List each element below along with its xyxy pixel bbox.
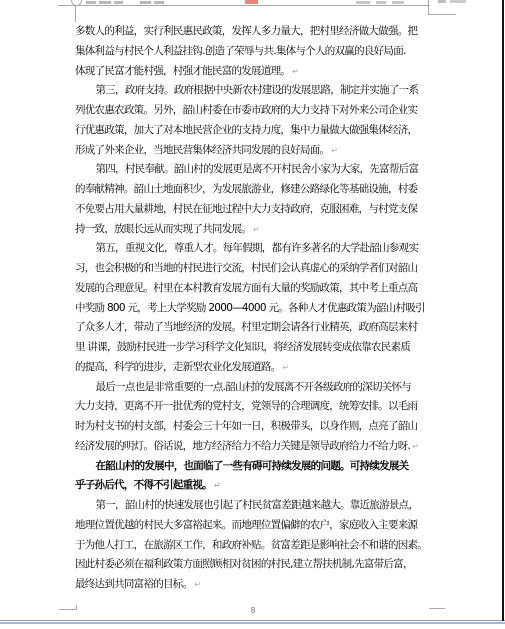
text-line[interactable]: 集体利益与村民个人利益挂钩.创造了荣辱与共.集体与个人的双赢的良好局面. — [75, 42, 433, 62]
text-line[interactable]: 形成了外来企业，当地民营集体经济共同发展的良好局面。↵ — [75, 141, 433, 161]
toolbar-fragment — [376, 1, 386, 4]
paragraph-mark: ↵ — [331, 146, 338, 155]
text-line[interactable]: 第三，政府支持。政府根据中央新农村建设的发展思路，制定并实施了一系 — [75, 81, 433, 101]
toolbar-fragment — [356, 1, 370, 4]
toolbar-fragment — [438, 0, 446, 3]
text-line[interactable]: 的奉献精神。韶山土地面积少，为发展旅游业，修建公路绿化等基础设施，村委 — [75, 180, 433, 200]
text-boundary-topright-mark — [428, 0, 429, 15]
text-line[interactable]: 于为他人打工，在旅游区工作，和政府补贴。贫富差距是影响社会不和谐的因素。 — [75, 536, 433, 556]
text-boundary-topright-mark — [428, 14, 456, 15]
text-line[interactable]: 体现了民富才能村强，村强才能民富的发展道理。↵ — [75, 62, 433, 82]
text-line[interactable]: 中奖励 800 元，考上大学奖励 2000—4000 元。各种人才优惠政策为韶山… — [75, 299, 433, 319]
toolbar-fragment — [140, 1, 151, 4]
text-line[interactable]: 地理位置优越的村民大多富裕起来。而地理位置偏僻的农户，家庭收入主要来源 — [75, 516, 433, 536]
toolbar-accent-fragment-icon — [245, 0, 258, 4]
text-boundary-topleft-mark — [75, 5, 76, 22]
text-line[interactable]: 里 讲课，鼓励村民进一步学习科学文化知识，将经济发展转变成依靠农民素质 — [75, 338, 433, 358]
paragraph-mark: ↵ — [253, 225, 260, 234]
toolbar-fragment — [86, 1, 96, 4]
text-line[interactable]: 多数人的利益，实行利民惠民政策，发挥人多力量大，把村里经济做大做强。把 — [75, 22, 433, 42]
text-line[interactable]: 持一致，放眼长远从而实现了共同发展。↵ — [75, 220, 433, 240]
paragraph-mark: ↵ — [214, 481, 221, 490]
text-line[interactable]: 经济发展的明灯。俗话说，地方经济给力不给力关键是领导政府给力不给力呀.↵ — [75, 437, 433, 457]
text-line[interactable]: 发展的合理意见。村里在本村教育发展方面有大量的奖励政策，其中考上重点高 — [75, 279, 433, 299]
window-right-border — [502, 0, 504, 621]
toolbar-fragment — [99, 1, 111, 4]
text-line[interactable]: 第五，重视文化，尊重人才。每年假期，都有许多著名的大学赴韶山参观实 — [75, 239, 433, 259]
paragraph-mark: ↵ — [292, 67, 299, 76]
text-line[interactable]: 大力支持，更离不开一批优秀的党村支，党领导的合理调度，统筹安排。以毛雨 — [75, 397, 433, 417]
text-boundary-top-line — [58, 5, 430, 6]
toolbar-fragment — [114, 1, 123, 4]
text-line[interactable]: 行优惠政策，加大了对本地民营企业的支持力度，集中力量做大做强集体经济， — [75, 121, 433, 141]
text-line[interactable]: 因此村委必须在福利政策方面照顾相对贫困的村民,建立帮扶机制,先富带后富， — [75, 555, 433, 575]
text-line[interactable]: 的提高，科学的进步，走新型农业化发展道路。↵ — [75, 358, 433, 378]
page-bottom-edge — [0, 620, 505, 621]
text-line[interactable]: 在韶山村的发展中，也面临了一些有碍可持续发展的问题。可持续发展关 — [75, 457, 433, 477]
document-text-area[interactable]: 多数人的利益，实行利民惠民政策，发挥人多力量大，把村里经济做大做强。把集体利益与… — [75, 22, 433, 595]
text-boundary-bottomleft-mark — [76, 605, 77, 610]
toolbar-fragment — [154, 1, 164, 4]
window-bottom-border — [0, 622, 505, 624]
text-line[interactable]: 第四，村民奉献。韶山村的发展更是离不开村民舍小家为大家，先富帮后富 — [75, 160, 433, 180]
paragraph-mark: ↵ — [412, 442, 419, 451]
text-line[interactable]: 乎子孙后代，不得不引起重视。↵ — [75, 476, 433, 496]
text-line[interactable]: 时为村支书的村支部，村委会三十年如一日，积极带头，以身作则，点亮了韶山 — [75, 417, 433, 437]
text-line[interactable]: 第一，韶山村的快速发展也引起了村民贫富差距越来越大。靠近旅游景点， — [75, 496, 433, 516]
paragraph-mark: ↵ — [282, 363, 289, 372]
text-line[interactable]: 不免要占用大量耕地，村民在征地过程中大力支持政府，克服困难，与村党支保 — [75, 200, 433, 220]
text-line[interactable]: 最后一点也是非常重要的一点.韶山村的发展离不开各级政府的深切关怀与 — [75, 378, 433, 398]
document-window: 多数人的利益，实行利民惠民政策，发挥人多力量大，把村里经济做大做强。把集体利益与… — [0, 0, 505, 629]
text-line[interactable]: 最终达到共同富裕的目标。↵ — [75, 575, 433, 595]
toolbar-fragment — [392, 1, 404, 4]
text-boundary-bottomleft-mark — [59, 609, 77, 610]
text-line[interactable]: 习，也会积极的和当地的村民进行交流，村民们会认真虚心的采纳学者们对韶山 — [75, 259, 433, 279]
toolbar-fragment — [450, 0, 466, 3]
text-line[interactable]: 列优农惠农政策。另外，韶山村委在市委市政府的大力支持下对外来公司企业实 — [75, 101, 433, 121]
page-number: 8 — [244, 606, 262, 616]
paragraph-mark: ↵ — [194, 580, 201, 589]
text-line[interactable]: 了众多人才，带动了当地经济的发展。村里定期会请各行业精英，政府高层来村 — [75, 318, 433, 338]
text-boundary-bottomright-mark — [429, 608, 445, 609]
